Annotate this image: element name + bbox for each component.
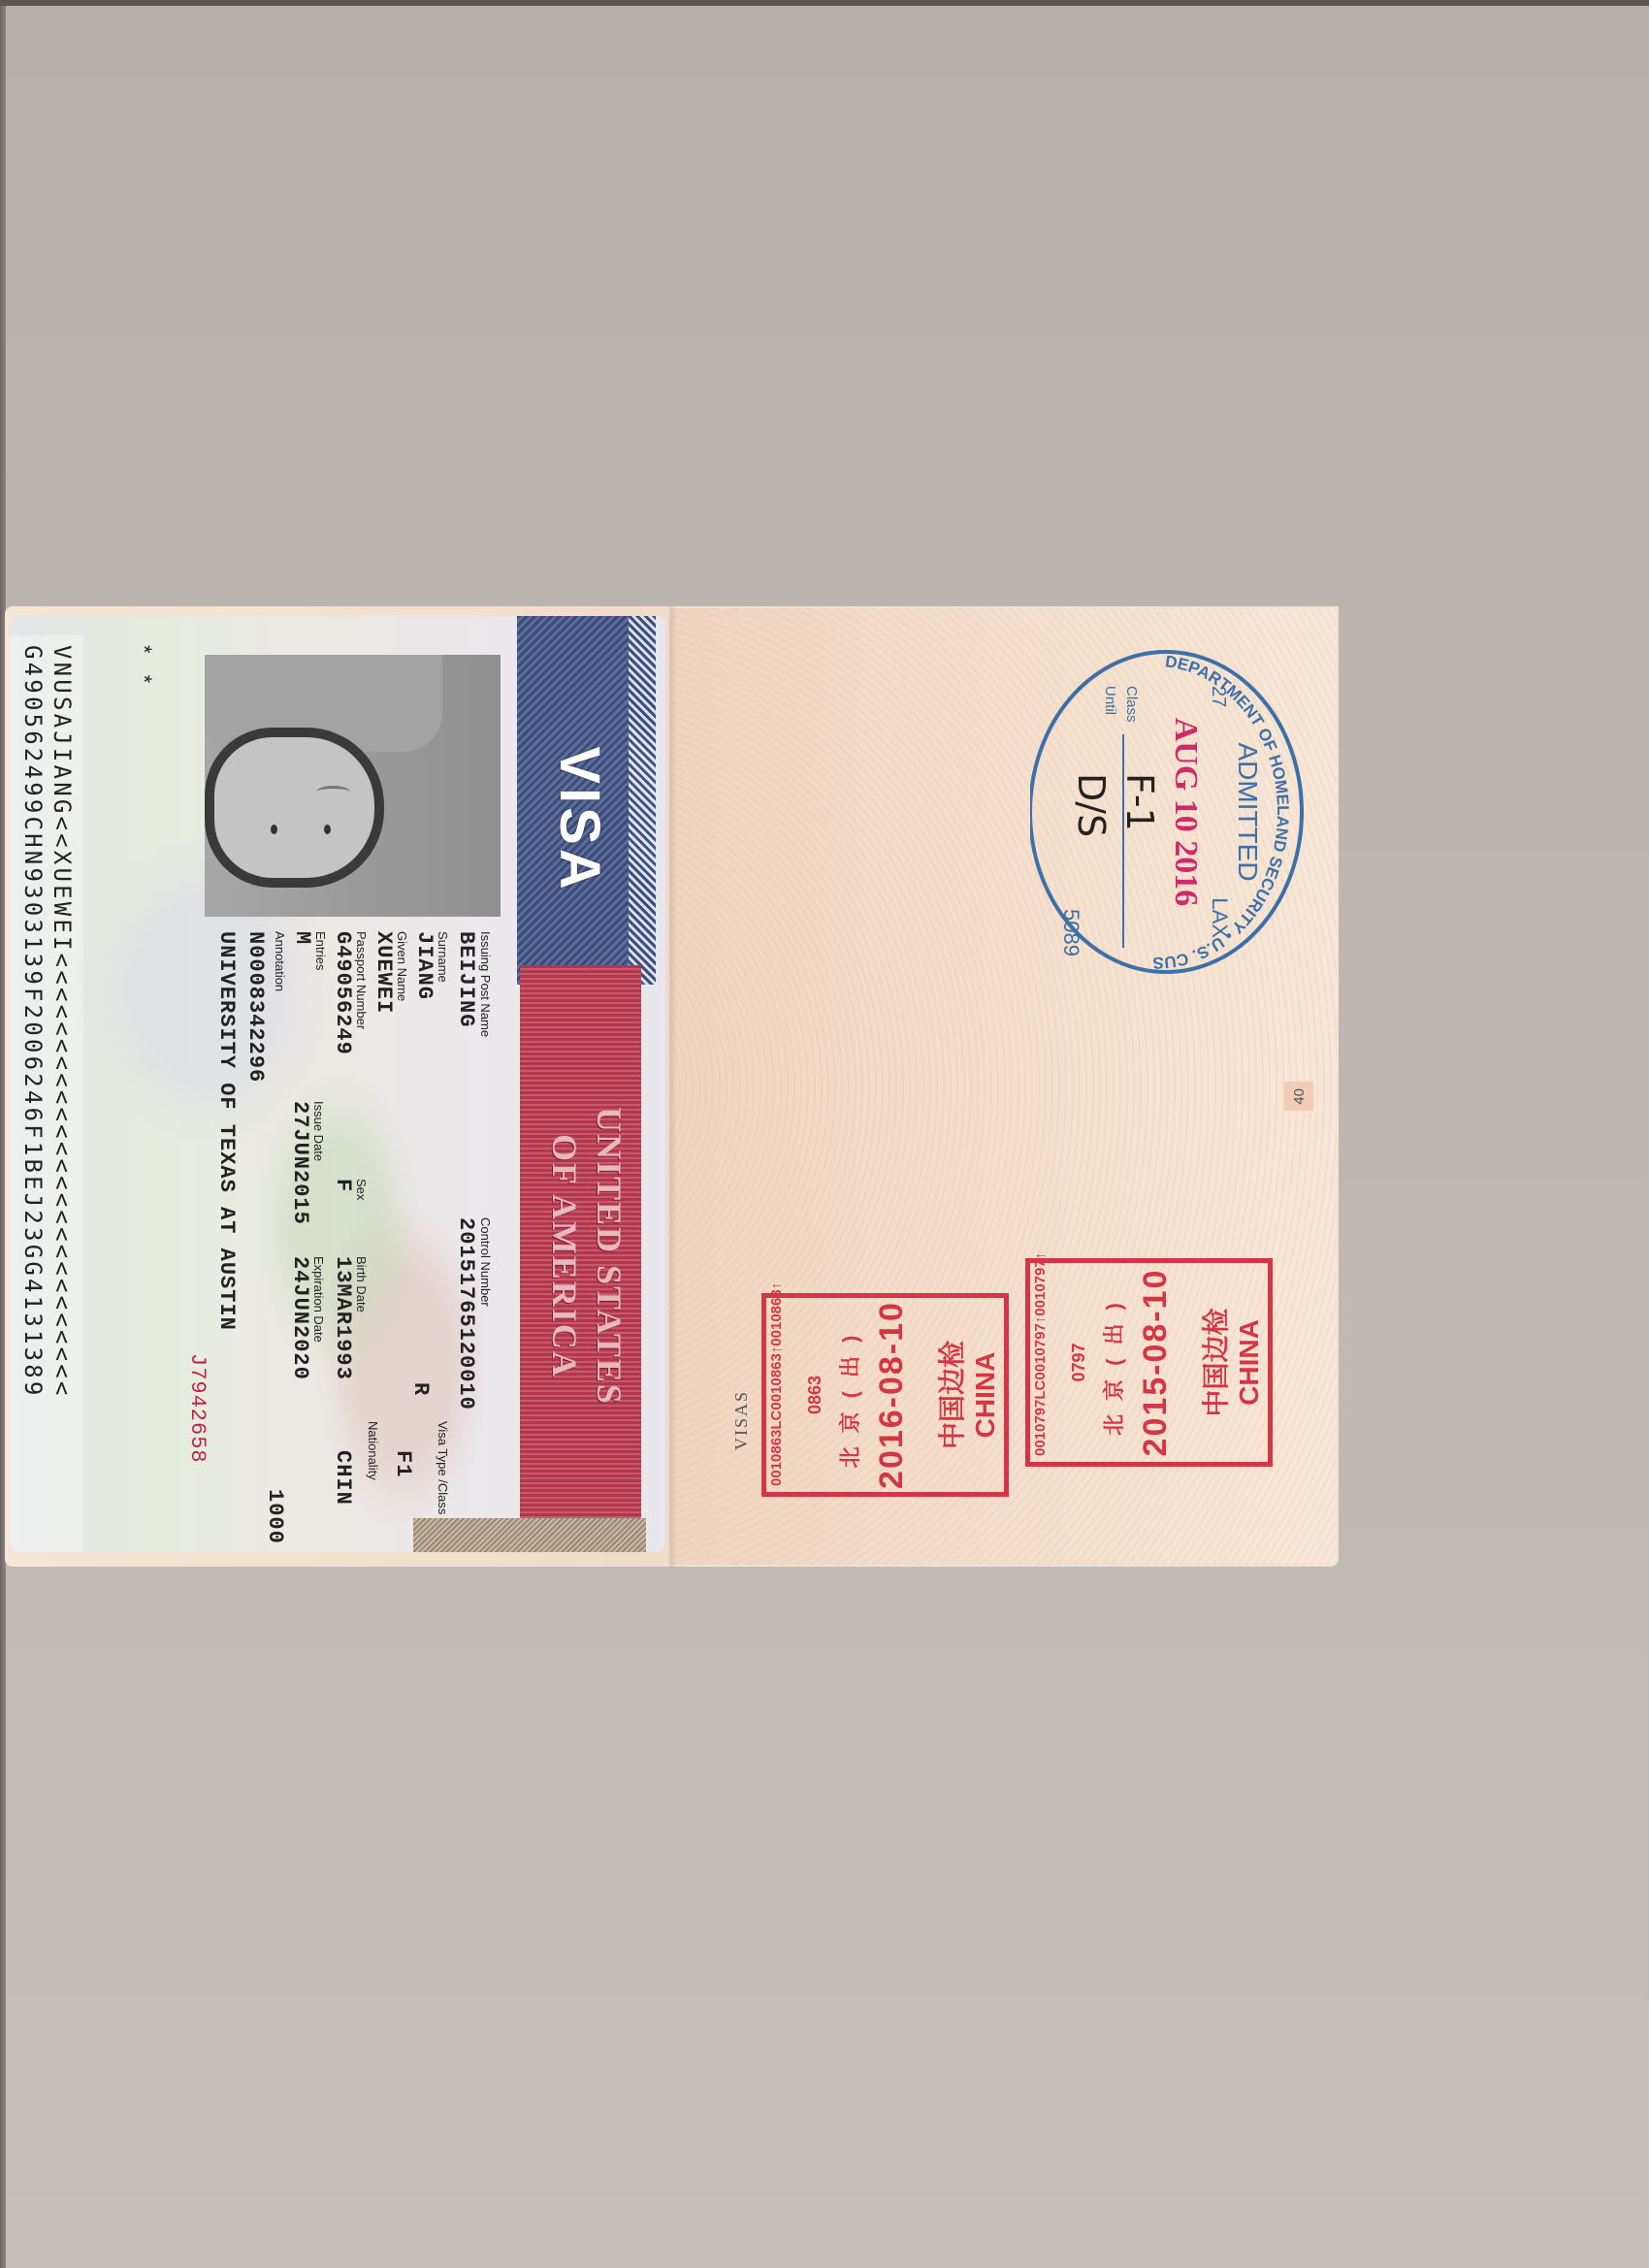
birth-date-label: Birth Date (354, 1256, 369, 1312)
dhs-class-label: Class (1123, 686, 1140, 723)
stamp-code: 0797 (1069, 1263, 1089, 1462)
passport-number-label: Passport Number (354, 931, 369, 1029)
stamps-page: DEPARTMENT OF HOMELAND SECURITY • U.S. C… (669, 606, 1339, 1567)
given-name-value: XUEWEI (372, 931, 396, 1014)
dhs-stamp-number: 27 (1208, 686, 1229, 707)
visa-type-class-label: Visa Type /Class (436, 1421, 450, 1514)
expiration-date-value: 24JUN2020 (288, 1256, 312, 1380)
visa-type-value: R (408, 1382, 433, 1396)
annotation-value-1: N0008342296 (243, 931, 268, 1083)
dhs-status: ADMITTED (1233, 742, 1263, 881)
stamp-country: 中国边检 CHINA (1195, 1263, 1265, 1462)
entries-value: M (290, 931, 314, 945)
china-exit-stamp-2015: 0010797LC0010797↑0010797↑ 0797 北京(出) 201… (1025, 1258, 1273, 1467)
visa-country-title: UNITED STATES OF AMERICA (542, 985, 631, 1528)
birth-date-value: 13MAR1993 (331, 1256, 355, 1380)
us-visa-foil: VISA UNITED STATES OF AMERICA Issuing Po… (10, 616, 665, 1552)
issuing-post-label: Issuing Post Name (478, 931, 493, 1037)
stamp-code: 0863 (805, 1298, 825, 1492)
mrz-line-2: G490562499CHN9303139F2006246F1BEJ23GG413… (19, 645, 47, 1399)
issuing-post-value: BEIJING (454, 931, 478, 1027)
country-title-line1: UNITED STATES (587, 985, 631, 1528)
visas-watermark: VISAS (731, 1390, 752, 1450)
passport-number-value: G49056249 (331, 931, 355, 1055)
mrz-line-1: VNUSAJIANG<<XUEWEI<<<<<<<<<<<<<<<<<<<<<<… (48, 645, 76, 1399)
brown-security-pattern (413, 1518, 646, 1552)
visa-stars: * * (131, 645, 156, 691)
extra-number: 1000 (263, 1489, 287, 1544)
visa-class-value: F1 (391, 1450, 415, 1477)
annotation-label: Annotation (273, 931, 287, 991)
china-exit-stamp-2016: 0010863LC0010863↑0010863↑ 0863 北京(出) 201… (761, 1293, 1009, 1497)
stamp-date: 2016-08-10 (873, 1298, 911, 1492)
nationality-label: Nationality (366, 1421, 380, 1480)
control-number-value: 20151765120010 (454, 1217, 478, 1410)
dhs-port: LAX (1208, 897, 1232, 938)
dhs-admission-stamp: DEPARTMENT OF HOMELAND SECURITY • U.S. C… (1030, 628, 1321, 996)
visa-header: VISA (547, 713, 612, 926)
entries-label: Entries (313, 931, 328, 970)
stamp-date: 2015-08-10 (1137, 1263, 1175, 1462)
issue-date-label: Issue Date (311, 1101, 326, 1161)
dhs-until-value: D/S (1070, 773, 1113, 837)
given-name-label: Given Name (395, 931, 409, 1001)
dhs-officer-number: 5089 (1059, 909, 1083, 956)
page-number: 40 (1291, 1088, 1308, 1105)
surname-value: JIANG (412, 931, 436, 1000)
sex-value: F (331, 1179, 355, 1192)
stamp-border-text: 0010797LC0010797↑0010797↑ (1032, 1252, 1049, 1456)
expiration-date-label: Expiration Date (311, 1256, 326, 1343)
country-title-line2: OF AMERICA (542, 985, 587, 1528)
stamp-city: 北京(出) (1098, 1263, 1128, 1462)
sex-label: Sex (354, 1179, 369, 1200)
stamp-border-text: 0010863LC0010863↑0010863↑ (768, 1282, 785, 1486)
surname-label: Surname (436, 931, 450, 983)
stamp-country: 中国边检 CHINA (931, 1298, 1001, 1492)
dhs-class-value: F-1 (1118, 773, 1161, 831)
stamp-city: 北京(出) (834, 1298, 864, 1492)
dhs-until-label: Until (1102, 686, 1118, 715)
passport-spread: DEPARTMENT OF HOMELAND SECURITY • U.S. C… (5, 606, 1339, 1567)
applicant-photo (205, 655, 501, 917)
dhs-date: AUG 10 2016 (1168, 718, 1204, 907)
annotation-value-2: UNIVERSITY OF TEXAS AT AUSTIN (214, 931, 239, 1331)
nationality-value: CHIN (331, 1450, 355, 1506)
visa-serial-number: J7942658 (185, 1353, 210, 1464)
control-number-label: Control Number (478, 1217, 493, 1307)
issue-date-value: 27JUN2015 (288, 1101, 312, 1225)
